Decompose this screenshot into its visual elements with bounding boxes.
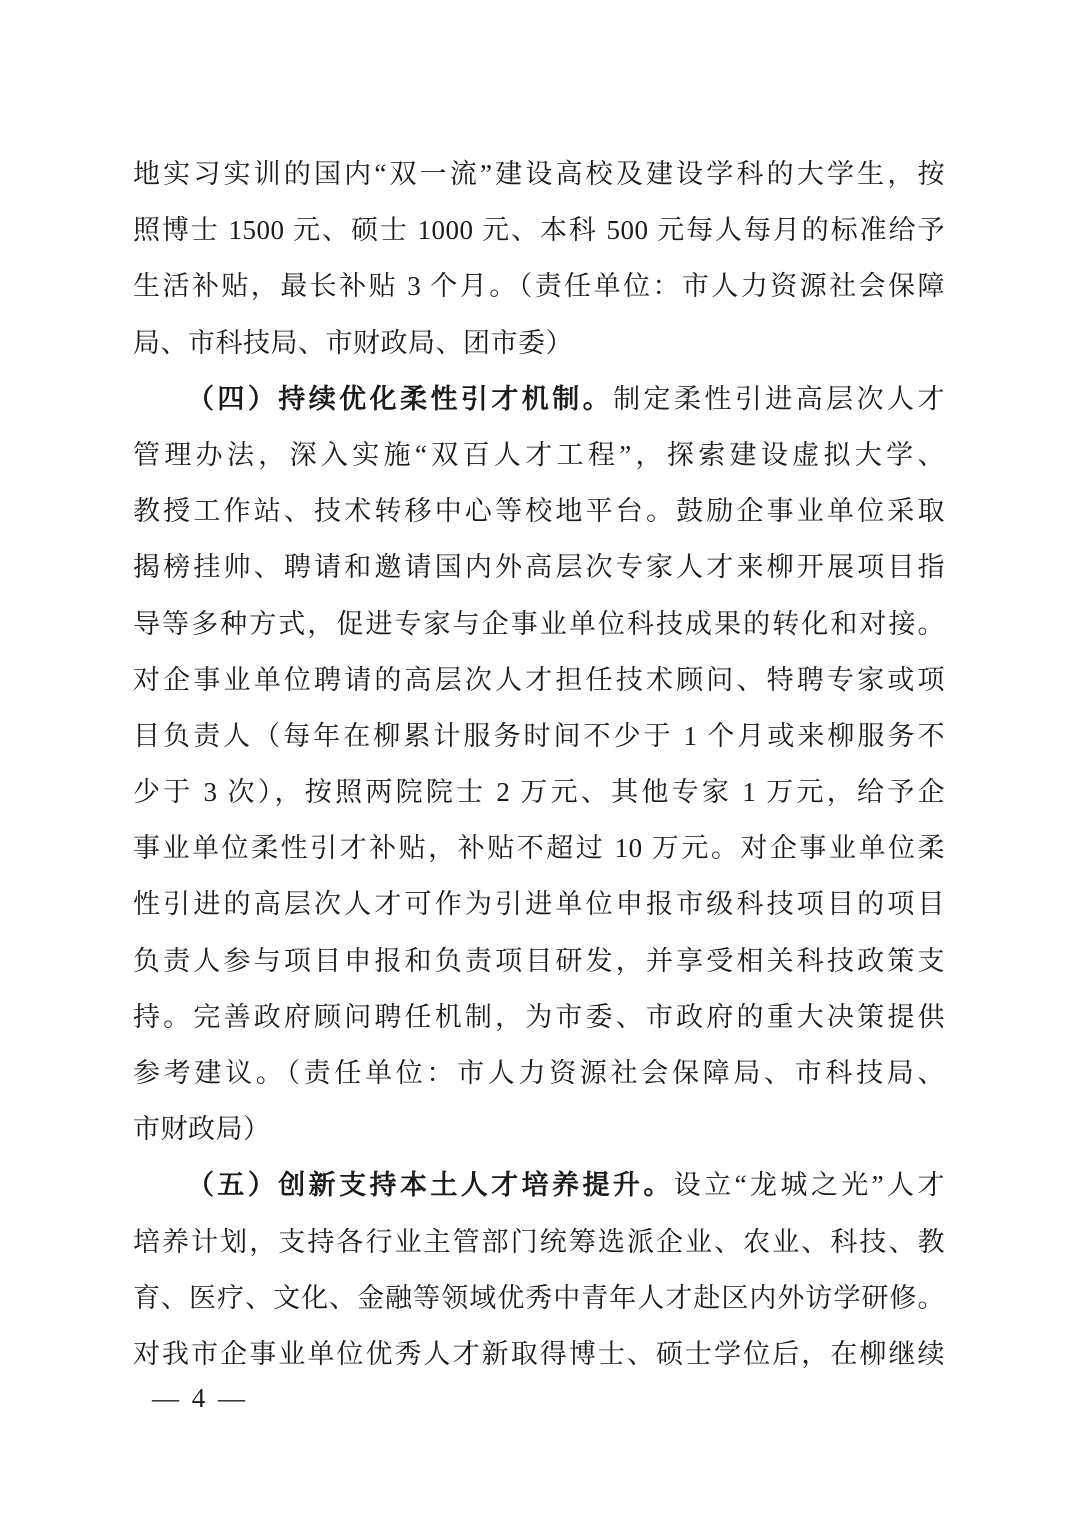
text-line: （四）持续优化柔性引才机制。制定柔性引进高层次人才 (133, 371, 945, 427)
text-segment: 参考建议。（责任单位：市人力资源社会保障局、市科技局、 (133, 1058, 945, 1088)
paragraph: 地实习实训的国内“双一流”建设高校及建设学科的大学生，按照博士 1500 元、硕… (133, 146, 945, 371)
page-number: — 4 — (152, 1378, 248, 1418)
text-segment: 照博士 1500 元、硕士 1000 元、本科 500 元每人每月的标准给予 (133, 215, 945, 245)
text-line: 负责人参与项目申报和负责项目研发，并享受相关科技政策支 (133, 933, 945, 989)
text-line: 市财政局） (133, 1101, 945, 1157)
text-segment: 生活补贴，最长补贴 3 个月。（责任单位：市人力资源社会保障 (133, 271, 945, 301)
section-heading: （四）持续优化柔性引才机制。 (187, 384, 613, 414)
text-segment: 局、市科技局、市财政局、团市委） (133, 328, 573, 358)
text-segment: 对企事业单位聘请的高层次人才担任技术顾问、特聘专家或项 (133, 665, 945, 695)
text-segment: 对我市企事业单位优秀人才新取得博士、硕士学位后，在柳继续 (133, 1339, 945, 1369)
text-line: （五）创新支持本土人才培养提升。设立“龙城之光”人才 (133, 1157, 945, 1213)
text-line: 参考建议。（责任单位：市人力资源社会保障局、市科技局、 (133, 1045, 945, 1101)
text-line: 局、市科技局、市财政局、团市委） (133, 315, 945, 371)
text-segment: 少于 3 次），按照两院院士 2 万元、其他专家 1 万元，给予企 (133, 777, 945, 807)
text-segment: 揭榜挂帅、聘请和邀请国内外高层次专家人才来柳开展项目指 (133, 552, 945, 582)
text-line: 管理办法，深入实施“双百人才工程”，探索建设虚拟大学、 (133, 427, 945, 483)
text-line: 育、医疗、文化、金融等领域优秀中青年人才赴区内外访学研修。 (133, 1270, 945, 1326)
text-segment: 导等多种方式，促进专家与企事业单位科技成果的转化和对接。 (133, 609, 945, 639)
text-segment: 负责人参与项目申报和负责项目研发，并享受相关科技政策支 (133, 946, 945, 976)
text-segment: 性引进的高层次人才可作为引进单位申报市级科技项目的项目 (133, 889, 945, 919)
text-line: 照博士 1500 元、硕士 1000 元、本科 500 元每人每月的标准给予 (133, 202, 945, 258)
text-line: 地实习实训的国内“双一流”建设高校及建设学科的大学生，按 (133, 146, 945, 202)
text-segment: 培养计划，支持各行业主管部门统筹选派企业、农业、科技、教 (133, 1227, 945, 1257)
text-segment: 地实习实训的国内“双一流”建设高校及建设学科的大学生，按 (133, 159, 945, 189)
text-line: 教授工作站、技术转移中心等校地平台。鼓励企事业单位采取 (133, 483, 945, 539)
text-line: 目负责人（每年在柳累计服务时间不少于 1 个月或来柳服务不 (133, 708, 945, 764)
text-segment: 持。完善政府顾问聘任机制，为市委、市政府的重大决策提供 (133, 1002, 945, 1032)
text-line: 对我市企事业单位优秀人才新取得博士、硕士学位后，在柳继续 (133, 1326, 945, 1382)
document-page: 地实习实训的国内“双一流”建设高校及建设学科的大学生，按照博士 1500 元、硕… (0, 0, 1074, 1520)
paragraph: （五）创新支持本土人才培养提升。设立“龙城之光”人才培养计划，支持各行业主管部门… (133, 1157, 945, 1382)
text-segment: 目负责人（每年在柳累计服务时间不少于 1 个月或来柳服务不 (133, 721, 945, 751)
paragraph: （四）持续优化柔性引才机制。制定柔性引进高层次人才管理办法，深入实施“双百人才工… (133, 371, 945, 1158)
text-block: 地实习实训的国内“双一流”建设高校及建设学科的大学生，按照博士 1500 元、硕… (133, 146, 945, 1382)
text-segment: 设立“龙城之光”人才 (674, 1170, 945, 1200)
text-line: 导等多种方式，促进专家与企事业单位科技成果的转化和对接。 (133, 596, 945, 652)
section-heading: （五）创新支持本土人才培养提升。 (187, 1170, 674, 1200)
text-segment: 教授工作站、技术转移中心等校地平台。鼓励企事业单位采取 (133, 496, 945, 526)
text-segment: 育、医疗、文化、金融等领域优秀中青年人才赴区内外访学研修。 (133, 1283, 945, 1313)
text-segment: 市财政局） (133, 1114, 271, 1144)
text-segment: 管理办法，深入实施“双百人才工程”，探索建设虚拟大学、 (133, 440, 945, 470)
text-line: 性引进的高层次人才可作为引进单位申报市级科技项目的项目 (133, 876, 945, 932)
text-line: 持。完善政府顾问聘任机制，为市委、市政府的重大决策提供 (133, 989, 945, 1045)
text-line: 揭榜挂帅、聘请和邀请国内外高层次专家人才来柳开展项目指 (133, 539, 945, 595)
text-segment: 事业单位柔性引才补贴，补贴不超过 10 万元。对企事业单位柔 (133, 833, 945, 863)
text-line: 少于 3 次），按照两院院士 2 万元、其他专家 1 万元，给予企 (133, 764, 945, 820)
text-line: 对企事业单位聘请的高层次人才担任技术顾问、特聘专家或项 (133, 652, 945, 708)
text-line: 生活补贴，最长补贴 3 个月。（责任单位：市人力资源社会保障 (133, 258, 945, 314)
text-line: 培养计划，支持各行业主管部门统筹选派企业、农业、科技、教 (133, 1214, 945, 1270)
text-segment: 制定柔性引进高层次人才 (613, 384, 945, 414)
text-line: 事业单位柔性引才补贴，补贴不超过 10 万元。对企事业单位柔 (133, 820, 945, 876)
